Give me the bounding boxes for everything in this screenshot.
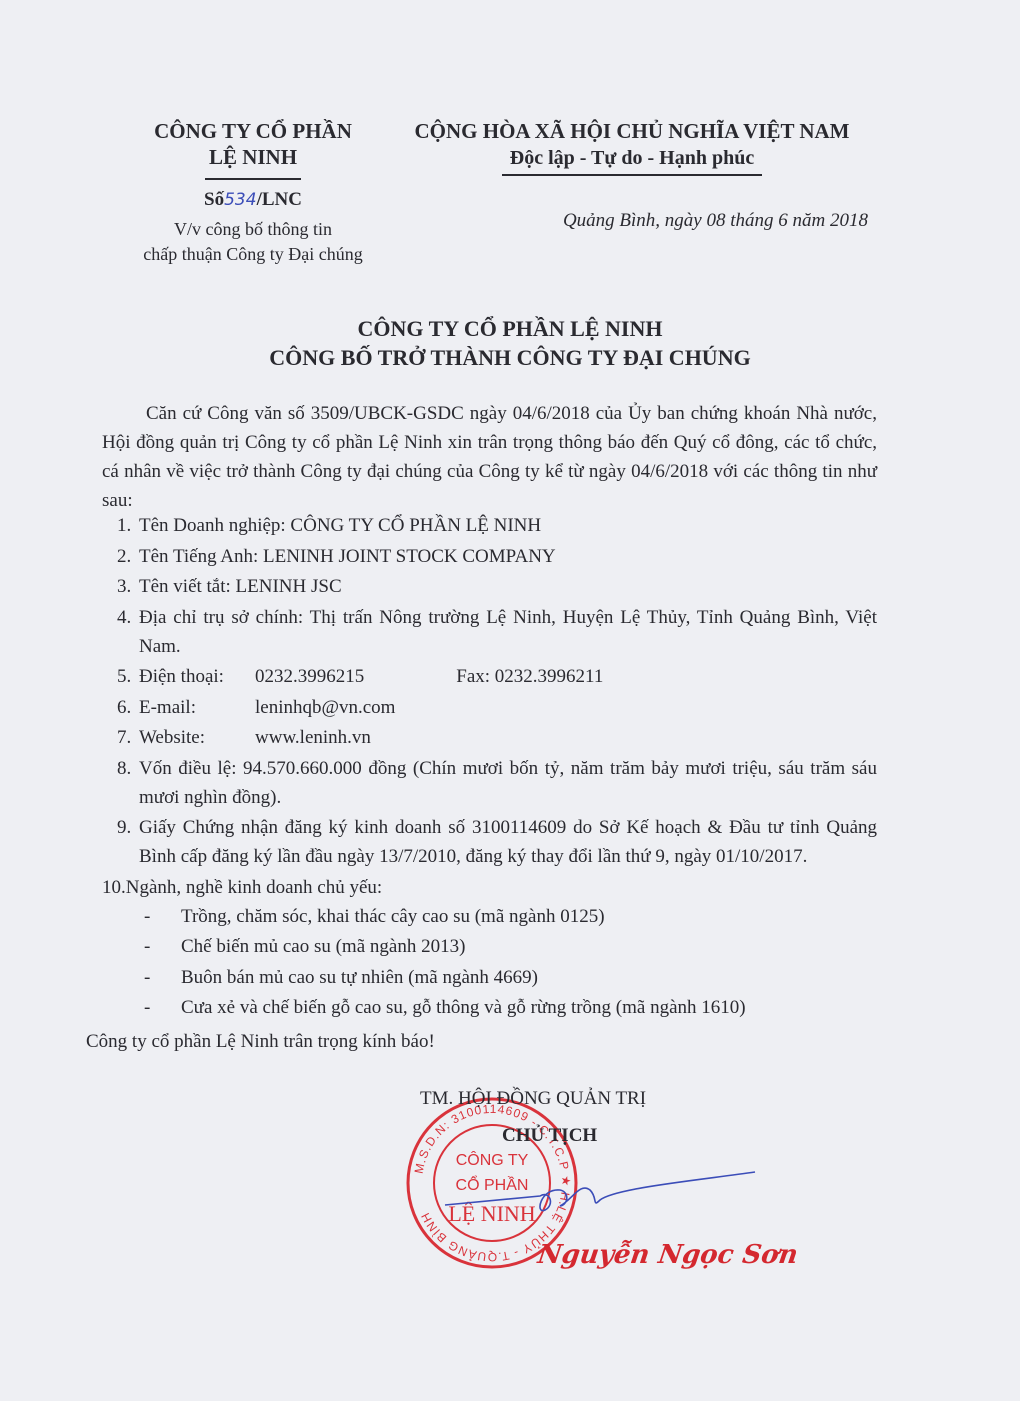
place-date: Quảng Bình, ngày 08 tháng 6 năm 2018 [563, 210, 868, 232]
item-number: 1. [117, 511, 131, 540]
business-line-text: Chế biến mủ cao su (mã ngành 2013) [181, 936, 465, 957]
doc-number-prefix: Số [204, 189, 224, 210]
list-item: 3.Tên viết tắt: LENINH JSC [102, 572, 877, 601]
item-label: Điện thoại: [139, 662, 255, 691]
signatory-role: TM. HỘI ĐỒNG QUẢN TRỊ [420, 1088, 646, 1110]
list-item: 2.Tên Tiếng Anh: LENINH JOINT STOCK COMP… [102, 542, 877, 571]
business-line-text: Trồng, chăm sóc, khai thác cây cao su (m… [181, 906, 605, 927]
subject-line1: V/v công bố thông tin [110, 217, 396, 242]
list-item: 10.Ngành, nghề kinh doanh chủ yếu: -Trồn… [102, 873, 877, 1023]
doc-number-handwritten: 534 [224, 190, 256, 210]
item-label: Website: [139, 723, 255, 752]
item-number: 8. [117, 754, 131, 783]
business-lines: -Trồng, chăm sóc, khai thác cây cao su (… [139, 902, 877, 1023]
issuer-name-line2: LỆ NINH [110, 144, 396, 170]
item-text: Giấy Chứng nhận đăng ký kinh doanh số 31… [139, 817, 877, 867]
header-divider [205, 178, 301, 180]
doc-number-suffix: /LNC [257, 189, 302, 210]
list-item: 7.Website:www.leninh.vn [102, 723, 877, 752]
title-line2: CÔNG BỐ TRỞ THÀNH CÔNG TY ĐẠI CHÚNG [0, 343, 1020, 372]
list-item: 4.Địa chỉ trụ sở chính: Thị trấn Nông tr… [102, 603, 877, 661]
item-text: Ngành, nghề kinh doanh chủ yếu: [126, 877, 382, 898]
list-item: 5.Điện thoại:0232.3996215Fax: 0232.39962… [102, 662, 877, 691]
title-line1: CÔNG TY CỔ PHẦN LỆ NINH [0, 314, 1020, 343]
subject-line: V/v công bố thông tin chấp thuận Công ty… [110, 217, 396, 267]
closing-statement: Công ty cổ phần Lệ Ninh trân trọng kính … [86, 1027, 435, 1056]
business-line: -Cưa xẻ và chế biến gỗ cao su, gỗ thông … [139, 993, 877, 1022]
item-text: Tên viết tắt: LENINH JSC [139, 576, 342, 597]
list-item: 6.E-mail:leninhqb@vn.com [102, 693, 877, 722]
subject-line2: chấp thuận Công ty Đại chúng [110, 242, 396, 267]
intro-paragraph: Căn cứ Công văn số 3509/UBCK-GSDC ngày 0… [102, 399, 877, 515]
business-line-text: Buôn bán mủ cao su tự nhiên (mã ngành 46… [181, 967, 538, 988]
document-number: Số534/LNC [110, 186, 396, 214]
item-number: 9. [117, 813, 131, 842]
document-title: CÔNG TY CỔ PHẦN LỆ NINH CÔNG BỐ TRỞ THÀN… [0, 314, 1020, 372]
list-item: 8.Vốn điều lệ: 94.570.660.000 đồng (Chín… [102, 754, 877, 812]
item-number: 4. [117, 603, 131, 632]
item-number: 6. [117, 693, 131, 722]
business-line: -Trồng, chăm sóc, khai thác cây cao su (… [139, 902, 877, 931]
business-line: -Chế biến mủ cao su (mã ngành 2013) [139, 932, 877, 961]
email-value[interactable]: leninhqb@vn.com [255, 693, 395, 722]
business-line-text: Cưa xẻ và chế biến gỗ cao su, gỗ thông v… [181, 997, 746, 1018]
phone-value: 0232.3996215 [255, 662, 364, 691]
website-value[interactable]: www.leninh.vn [255, 723, 371, 752]
item-text: Tên Doanh nghiệp: CÔNG TY CỔ PHẦN LỆ NIN… [139, 515, 541, 536]
fax-value: Fax: 0232.3996211 [456, 662, 603, 691]
document-page: CÔNG TY CỔ PHẦN LỆ NINH Số534/LNC V/v cô… [0, 0, 1020, 1401]
issuer-name-line1: CÔNG TY CỔ PHẦN [110, 118, 396, 144]
list-item: 9.Giấy Chứng nhận đăng ký kinh doanh số … [102, 813, 877, 871]
nation-name: CỘNG HÒA XÃ HỘI CHỦ NGHĨA VIỆT NAM [392, 118, 872, 144]
national-header: CỘNG HÒA XÃ HỘI CHỦ NGHĨA VIỆT NAM Độc l… [392, 118, 872, 176]
list-item: 1.Tên Doanh nghiệp: CÔNG TY CỔ PHẦN LỆ N… [102, 511, 877, 540]
info-list: 1.Tên Doanh nghiệp: CÔNG TY CỔ PHẦN LỆ N… [102, 511, 877, 1024]
handwritten-signature-icon [440, 1160, 760, 1220]
item-number: 2. [117, 542, 131, 571]
item-number: 3. [117, 572, 131, 601]
signatory-title: CHỦ TỊCH [502, 1125, 597, 1147]
business-line: -Buôn bán mủ cao su tự nhiên (mã ngành 4… [139, 963, 877, 992]
item-text: Địa chỉ trụ sở chính: Thị trấn Nông trườ… [139, 607, 877, 657]
national-motto: Độc lập - Tự do - Hạnh phúc [502, 144, 762, 176]
item-number: 5. [117, 662, 131, 691]
item-text: Tên Tiếng Anh: LENINH JOINT STOCK COMPAN… [139, 546, 556, 567]
item-text: Vốn điều lệ: 94.570.660.000 đồng (Chín m… [139, 758, 877, 808]
signatory-name: Nguyễn Ngọc Sơn [536, 1240, 800, 1270]
issuer-header: CÔNG TY CỔ PHẦN LỆ NINH Số534/LNC V/v cô… [110, 118, 396, 267]
item-number: 10. [102, 877, 126, 898]
item-number: 7. [117, 723, 131, 752]
item-label: E-mail: [139, 693, 255, 722]
